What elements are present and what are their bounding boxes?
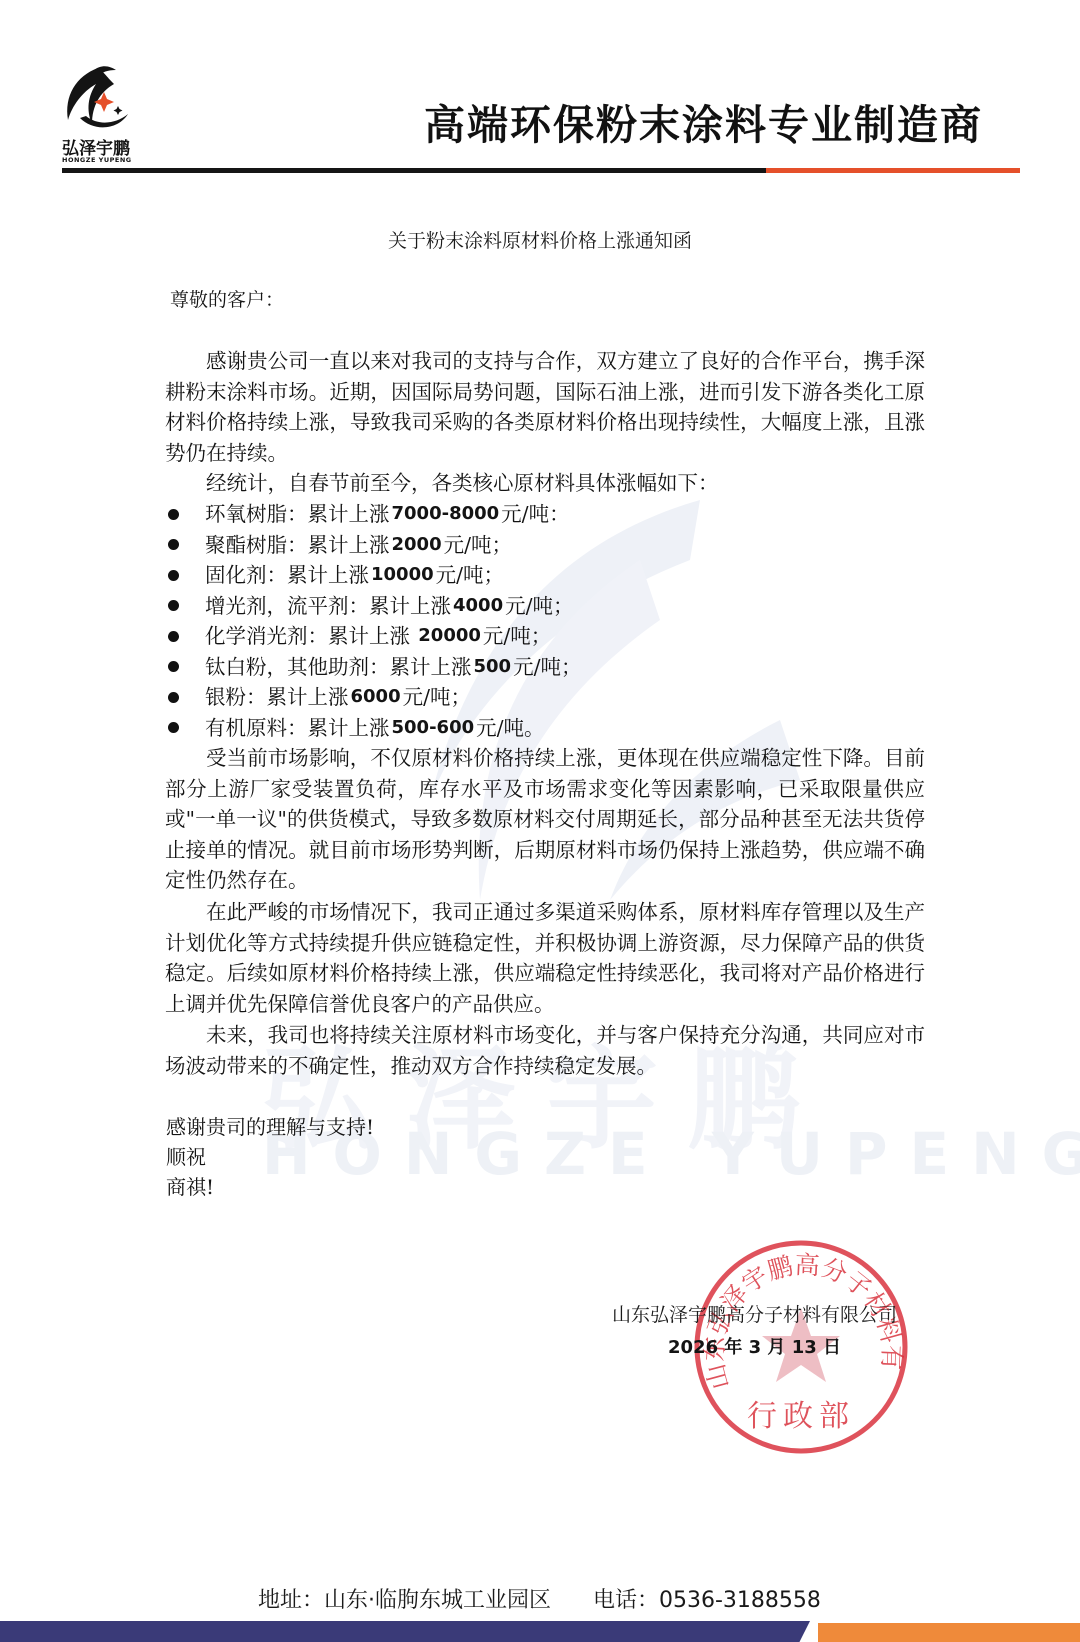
signature-company: 山东弘泽宇鹏高分子材料有限公司 bbox=[612, 1300, 897, 1327]
price-amount: 500-600 bbox=[392, 713, 475, 744]
header-divider-dark bbox=[62, 168, 766, 173]
list-item: 银粉：累计上涨6000元/吨； bbox=[168, 682, 582, 713]
seal-center-text: 行政部 bbox=[747, 1399, 855, 1434]
price-amount: 6000 bbox=[351, 682, 401, 713]
salutation: 尊敬的客户： bbox=[170, 285, 284, 312]
price-amount: 2000 bbox=[392, 530, 442, 561]
footer-phone: 电话：0536-3188558 bbox=[593, 1583, 821, 1614]
bullet-icon bbox=[168, 692, 179, 703]
closing-wish-2: 商祺! bbox=[166, 1172, 374, 1202]
bullet-icon bbox=[168, 509, 179, 520]
document-title: 关于粉末涂料原材料价格上涨通知函 bbox=[0, 226, 1080, 253]
list-item: 固化剂：累计上涨10000元/吨； bbox=[168, 560, 582, 591]
bullet-icon bbox=[168, 570, 179, 581]
bullet-icon bbox=[168, 661, 179, 672]
price-amount: 7000-8000 bbox=[392, 499, 500, 530]
signature-date: 2026 年 3 月 13 日 bbox=[668, 1333, 841, 1359]
price-amount: 4000 bbox=[453, 591, 503, 622]
list-item: 化学消光剂：累计上涨 20000元/吨； bbox=[168, 621, 582, 652]
footer-address: 地址：山东·临朐东城工业园区 bbox=[258, 1583, 551, 1614]
closing-thanks: 感谢贵司的理解与支持! bbox=[166, 1112, 374, 1142]
list-item: 钛白粉，其他助剂：累计上涨500元/吨； bbox=[168, 652, 582, 683]
bullet-icon bbox=[168, 539, 179, 550]
bullet-icon bbox=[168, 631, 179, 642]
price-amount: 500 bbox=[474, 652, 512, 683]
watermark-text-en: HONGZE YUPENG bbox=[262, 1120, 1080, 1188]
paragraph-intro: 感谢贵公司一直以来对我司的支持与合作，双方建立了良好的合作平台，携手深耕粉末涂料… bbox=[165, 346, 925, 468]
list-item: 聚酯树脂：累计上涨2000元/吨； bbox=[168, 530, 582, 561]
footer-band-orange bbox=[818, 1623, 1080, 1642]
paragraph-supply-impact: 受当前市场影响，不仅原材料价格持续上涨，更体现在供应端稳定性下降。目前部分上游厂… bbox=[165, 743, 925, 896]
paragraph-statistics-lead: 经统计，自春节前至今，各类核心原材料具体涨幅如下： bbox=[165, 468, 925, 499]
header-divider-accent bbox=[766, 168, 1020, 173]
list-item: 增光剂，流平剂：累计上涨4000元/吨； bbox=[168, 591, 582, 622]
price-increase-list: 环氧树脂：累计上涨7000-8000元/吨： 聚酯树脂：累计上涨2000元/吨；… bbox=[168, 499, 582, 743]
closing-block: 感谢贵司的理解与支持! 顺祝 商祺! bbox=[166, 1112, 374, 1202]
list-item: 有机原料：累计上涨500-600元/吨。 bbox=[168, 713, 582, 744]
price-amount: 10000 bbox=[371, 560, 434, 591]
paragraph-future-outlook: 未来，我司也将持续关注原材料市场变化，并与客户保持充分沟通，共同应对市场波动带来… bbox=[165, 1020, 925, 1081]
bullet-icon bbox=[168, 600, 179, 611]
header-slogan: 高端环保粉末涂料专业制造商 bbox=[424, 92, 983, 151]
paragraph-company-measures: 在此严峻的市场情况下，我司正通过多渠道采购体系，原材料库存管理以及生产计划优化等… bbox=[165, 897, 925, 1019]
bullet-icon bbox=[168, 722, 179, 733]
footer-contact: 地址：山东·临朐东城工业园区电话：0536-3188558 bbox=[258, 1583, 821, 1614]
footer-band-navy bbox=[0, 1621, 810, 1642]
closing-wish-1: 顺祝 bbox=[166, 1142, 374, 1172]
price-amount: 20000 bbox=[412, 621, 481, 652]
list-item: 环氧树脂：累计上涨7000-8000元/吨： bbox=[168, 499, 582, 530]
logo-name-en: HONGZE YUPENG bbox=[62, 156, 132, 164]
logo-swoosh-icon bbox=[58, 62, 148, 137]
